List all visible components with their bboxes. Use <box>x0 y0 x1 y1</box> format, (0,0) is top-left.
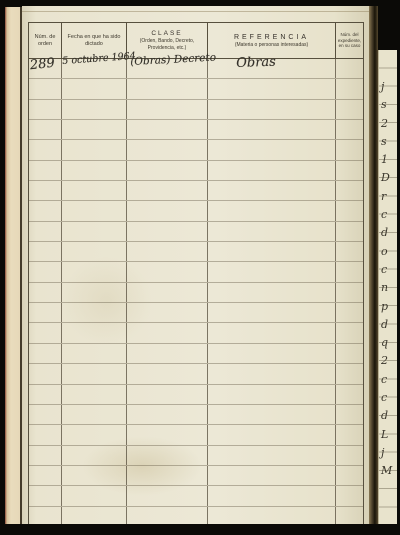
row-cell <box>29 222 62 241</box>
table-row <box>29 364 363 384</box>
scribble-char: j <box>379 444 397 462</box>
table-row <box>29 201 363 221</box>
row-cell <box>336 100 363 119</box>
row-cell <box>208 446 336 465</box>
row-cell <box>208 100 336 119</box>
row-cell <box>208 507 336 526</box>
header-expediente-label: Núm. del expediente, en su caso <box>337 32 362 50</box>
scribble-char: c <box>379 206 397 224</box>
scan-frame-bottom <box>0 524 400 535</box>
row-cell <box>336 446 363 465</box>
row-cell <box>336 79 363 98</box>
row-cell <box>208 425 336 444</box>
row-cell <box>208 262 336 281</box>
row-cell <box>336 181 363 200</box>
book-fore-edge <box>5 7 22 524</box>
row-cell <box>29 507 62 526</box>
scribble-char: p <box>379 298 397 316</box>
row-cell <box>29 283 62 302</box>
row-cell <box>208 385 336 404</box>
row-cell <box>336 344 363 363</box>
table-row <box>29 222 363 242</box>
row-cell <box>62 222 127 241</box>
scribble-char: d <box>379 316 397 334</box>
row-cell <box>208 201 336 220</box>
handwriting-num-orden: 289 <box>29 56 55 74</box>
row-cell <box>29 120 62 139</box>
scribble-char: o <box>379 243 397 261</box>
registry-table: Núm. de orden Fecha en que ha sido dicta… <box>28 22 364 535</box>
row-cell <box>336 385 363 404</box>
row-cell <box>208 120 336 139</box>
scribble-char: D <box>379 169 397 187</box>
scribble-char: d <box>379 224 397 242</box>
row-cell <box>62 100 127 119</box>
row-cell <box>336 140 363 159</box>
row-cell <box>336 59 363 78</box>
scribble-char: s <box>379 96 397 114</box>
scribble-char: 2 <box>379 115 397 133</box>
scribble-char: 2 <box>379 352 397 370</box>
table-row <box>29 486 363 506</box>
row-cell <box>62 466 127 485</box>
row-cell <box>127 242 208 261</box>
row-cell <box>29 405 62 424</box>
header-expediente: Núm. del expediente, en su caso <box>336 23 363 58</box>
row-cell <box>62 344 127 363</box>
row-cell <box>208 364 336 383</box>
row-cell <box>29 100 62 119</box>
table-row <box>29 283 363 303</box>
row-cell <box>336 425 363 444</box>
row-cell <box>29 262 62 281</box>
scribble-char: j <box>379 78 397 96</box>
row-cell <box>29 303 62 322</box>
row-cell <box>336 283 363 302</box>
row-cell <box>62 303 127 322</box>
row-cell <box>127 262 208 281</box>
table-row <box>29 323 363 343</box>
row-cell <box>127 446 208 465</box>
scribble-char: 1 <box>379 151 397 169</box>
row-cell <box>127 466 208 485</box>
header-clase-title: CLASE <box>151 30 182 38</box>
row-cell <box>208 344 336 363</box>
row-cell <box>127 283 208 302</box>
row-cell <box>208 283 336 302</box>
row-cell <box>127 222 208 241</box>
row-cell <box>208 242 336 261</box>
row-cell <box>62 323 127 342</box>
row-cell <box>29 385 62 404</box>
header-referencia: REFERENCIA (Materia o personas interesad… <box>208 23 336 58</box>
row-cell <box>336 507 363 526</box>
row-cell <box>127 507 208 526</box>
row-cell <box>336 405 363 424</box>
scribble-char: s <box>379 133 397 151</box>
row-cell <box>127 323 208 342</box>
row-cell <box>29 242 62 261</box>
scanned-ledger-page: Núm. de orden Fecha en que ha sido dicta… <box>0 0 400 535</box>
header-referencia-title: REFERENCIA <box>234 33 309 42</box>
row-cell <box>62 161 127 180</box>
table-row <box>29 466 363 486</box>
row-cell <box>208 405 336 424</box>
table-row <box>29 303 363 323</box>
row-cell <box>62 262 127 281</box>
row-cell <box>336 486 363 505</box>
scan-corner-shadow <box>378 0 397 50</box>
table-row <box>29 242 363 262</box>
scribble-char: M <box>379 462 397 480</box>
row-cell <box>29 425 62 444</box>
scribble-char: r <box>379 188 397 206</box>
row-cell <box>29 201 62 220</box>
row-cell <box>62 79 127 98</box>
row-cell <box>336 161 363 180</box>
header-fecha-label: Fecha en que ha sido dictado <box>63 34 125 48</box>
handwriting-referencia: Obras <box>236 55 276 71</box>
row-cell <box>208 323 336 342</box>
row-cell <box>127 486 208 505</box>
row-cell <box>62 181 127 200</box>
table-row <box>29 120 363 140</box>
row-cell <box>29 486 62 505</box>
row-cell <box>336 222 363 241</box>
header-num-orden: Núm. de orden <box>29 23 62 58</box>
header-referencia-sub: (Materia o personas interesadas) <box>235 42 308 48</box>
row-cell <box>62 405 127 424</box>
row-cell <box>62 446 127 465</box>
row-cell <box>29 140 62 159</box>
scribble-char: c <box>379 389 397 407</box>
table-row <box>29 161 363 181</box>
row-cell <box>62 120 127 139</box>
page-crease <box>22 11 369 12</box>
row-cell <box>208 161 336 180</box>
row-cell <box>62 201 127 220</box>
scribble-char: d <box>379 407 397 425</box>
row-cell <box>208 222 336 241</box>
row-cell <box>62 140 127 159</box>
row-cell <box>208 303 336 322</box>
row-cell <box>336 262 363 281</box>
row-cell <box>208 140 336 159</box>
row-cell <box>127 364 208 383</box>
table-row <box>29 79 363 99</box>
row-cell <box>336 323 363 342</box>
scan-frame-top <box>0 0 400 6</box>
row-cell <box>127 405 208 424</box>
table-row <box>29 100 363 120</box>
table-row <box>29 446 363 466</box>
table-body <box>29 59 363 535</box>
table-row <box>29 385 363 405</box>
row-cell <box>29 323 62 342</box>
row-cell <box>208 466 336 485</box>
row-cell <box>29 161 62 180</box>
table-row <box>29 262 363 282</box>
row-cell <box>29 344 62 363</box>
row-cell <box>127 100 208 119</box>
row-cell <box>29 364 62 383</box>
adjacent-page-scribbles: js2s1Drcdocnpdq2ccdLjM <box>379 78 397 481</box>
scribble-char: c <box>379 261 397 279</box>
scribble-char: n <box>379 279 397 297</box>
row-cell <box>29 446 62 465</box>
row-cell <box>127 303 208 322</box>
row-cell <box>62 283 127 302</box>
row-cell <box>127 120 208 139</box>
row-cell <box>336 364 363 383</box>
row-cell <box>336 466 363 485</box>
row-cell <box>208 486 336 505</box>
table-row <box>29 140 363 160</box>
header-num-orden-label: Núm. de orden <box>30 34 60 48</box>
row-cell <box>208 181 336 200</box>
row-cell <box>127 140 208 159</box>
scribble-char: c <box>379 371 397 389</box>
header-clase-sub: (Orden, Bando, Decreto, Providencia, etc… <box>128 38 206 51</box>
row-cell <box>29 466 62 485</box>
row-cell <box>336 242 363 261</box>
table-row <box>29 181 363 201</box>
row-cell <box>29 181 62 200</box>
row-cell <box>127 181 208 200</box>
book-gutter <box>369 4 378 528</box>
table-row <box>29 344 363 364</box>
row-cell <box>127 344 208 363</box>
row-cell <box>62 242 127 261</box>
row-cell <box>62 507 127 526</box>
row-cell <box>127 161 208 180</box>
row-cell <box>127 385 208 404</box>
row-cell <box>62 425 127 444</box>
row-cell <box>208 79 336 98</box>
row-cell <box>62 486 127 505</box>
row-cell <box>127 425 208 444</box>
row-cell <box>336 120 363 139</box>
row-cell <box>127 79 208 98</box>
row-cell <box>29 79 62 98</box>
row-cell <box>62 385 127 404</box>
scan-frame-left <box>0 0 5 535</box>
row-cell <box>336 303 363 322</box>
scribble-char: L <box>379 426 397 444</box>
scribble-char: q <box>379 334 397 352</box>
table-row <box>29 425 363 445</box>
table-row <box>29 405 363 425</box>
row-cell <box>62 364 127 383</box>
row-cell <box>336 201 363 220</box>
row-cell <box>127 201 208 220</box>
